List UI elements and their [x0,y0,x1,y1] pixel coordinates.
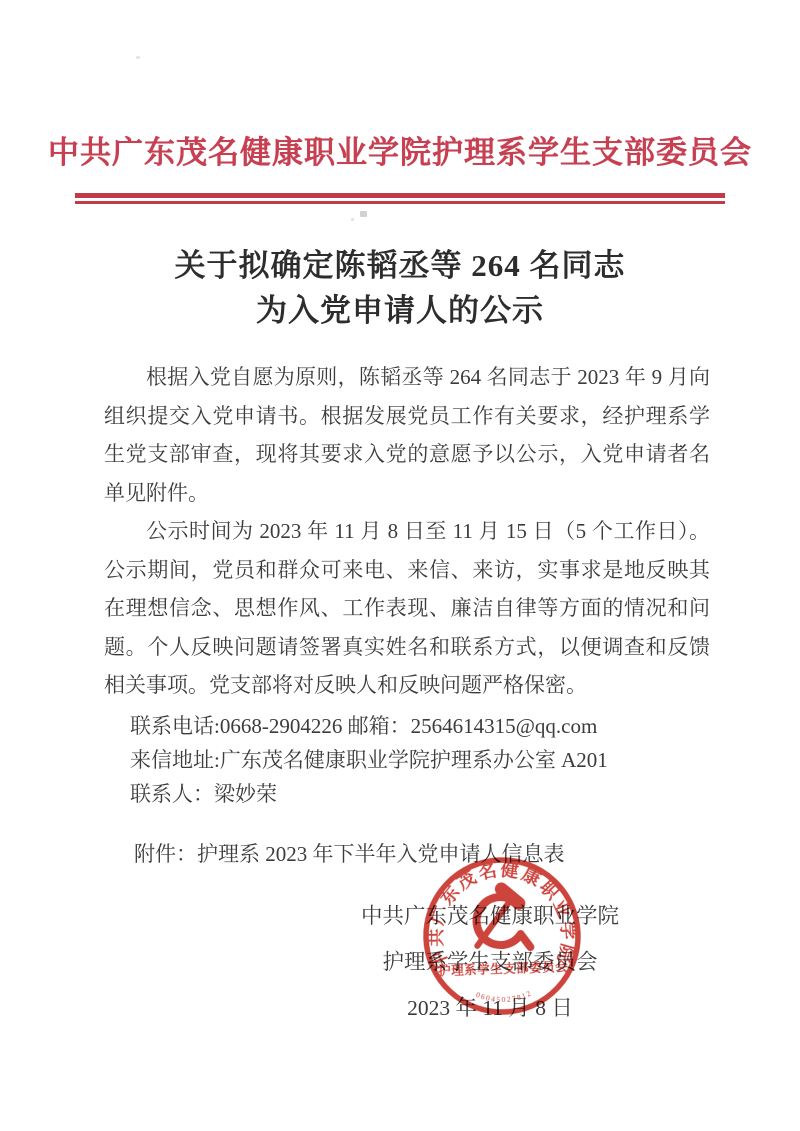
scan-speck [360,211,367,217]
document-title-line1: 关于拟确定陈韬丞等 264 名同志 [0,243,800,288]
signature-org-line1: 中共广东茂名健康职业学院 [325,893,655,939]
paragraph-2: 公示时间为 2023 年 11 月 8 日至 11 月 15 日（5 个工作日）… [104,512,710,705]
scan-speck [136,56,140,59]
contact-phone-line: 联系电话:0668-2904226 邮箱：2564614315@qq.com [104,709,710,743]
letterhead-rule-thin [75,201,725,204]
document-body: 根据入党自愿为原则，陈韬丞等 264 名同志于 2023 年 9 月向组织提交入… [104,358,710,871]
signature-date: 2023 年 11 月 8 日 [325,985,655,1031]
letterhead-org-name: 中共广东茂名健康职业学院护理系学生支部委员会 [0,127,800,172]
document-title: 关于拟确定陈韬丞等 264 名同志 为入党申请人的公示 [0,243,800,333]
letterhead-rule-thick [75,193,725,198]
scan-speck [351,218,354,221]
signature-org-line2: 护理系学生支部委员会 [325,939,655,985]
document-page: 中共广东茂名健康职业学院护理系学生支部委员会 关于拟确定陈韬丞等 264 名同志… [0,0,800,1131]
contact-address-line: 来信地址:广东茂名健康职业学院护理系办公室 A201 [104,743,710,777]
signature-block: 中共广东茂名健康职业学院 护理系学生支部委员会 2023 年 11 月 8 日 [325,893,655,1031]
contact-person-line: 联系人：梁妙荣 [104,777,710,811]
paragraph-1: 根据入党自愿为原则，陈韬丞等 264 名同志于 2023 年 9 月向组织提交入… [104,358,710,512]
attachment-line: 附件：护理系 2023 年下半年入党申请人信息表 [104,837,710,871]
document-title-line2: 为入党申请人的公示 [0,288,800,333]
